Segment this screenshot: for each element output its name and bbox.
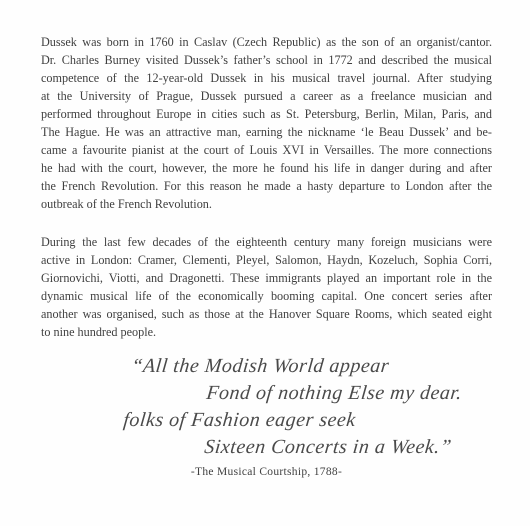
text-line: came a favourite pianist at the court of… [41, 141, 492, 159]
text-line: at the University of Prague, Dussek purs… [41, 87, 492, 105]
text-line: to nine hundred people. [41, 323, 492, 341]
quote-line: “All the Modish World appear [130, 353, 495, 380]
text-line: dynamic musical life of the economically… [41, 287, 492, 305]
text-line: the French Revolution. For this reason h… [41, 177, 492, 195]
quote-line: folks of Fashion eager seek [122, 407, 495, 434]
text-line: Dussek was born in 1760 in Caslav (Czech… [41, 33, 492, 51]
calligraphic-quotation: “All the Modish World appear Fond of not… [41, 353, 492, 461]
text-line: another was organised, such as those at … [41, 305, 492, 323]
text-line: competence of the 12-year-old Dussek in … [41, 69, 492, 87]
paragraph-dussek-biography: Dussek was born in 1760 in Caslav (Czech… [41, 33, 492, 213]
text-line: he had with the court, however, the more… [41, 159, 492, 177]
quote-attribution: -The Musical Courtship, 1788- [41, 466, 492, 478]
quote-line: Fond of nothing Else my dear. [205, 380, 495, 407]
booklet-page: Dussek was born in 1760 in Caslav (Czech… [0, 0, 530, 526]
text-line: Dr. Charles Burney visited Dussek’s fath… [41, 51, 492, 69]
text-line: During the last few decades of the eight… [41, 233, 492, 251]
text-line: performed throughout Europe in cities su… [41, 105, 492, 123]
text-line: Giornovichi, Viotti, and Dragonetti. The… [41, 269, 492, 287]
text-line: outbreak of the French Revolution. [41, 195, 492, 213]
text-line: The Hague. He was an attractive man, ear… [41, 123, 492, 141]
quote-line: Sixteen Concerts in a Week.” [203, 434, 495, 461]
text-line: active in London: Cramer, Clementi, Pley… [41, 251, 492, 269]
body-text-block: Dussek was born in 1760 in Caslav (Czech… [41, 33, 492, 478]
paragraph-london-musicians: During the last few decades of the eight… [41, 233, 492, 341]
